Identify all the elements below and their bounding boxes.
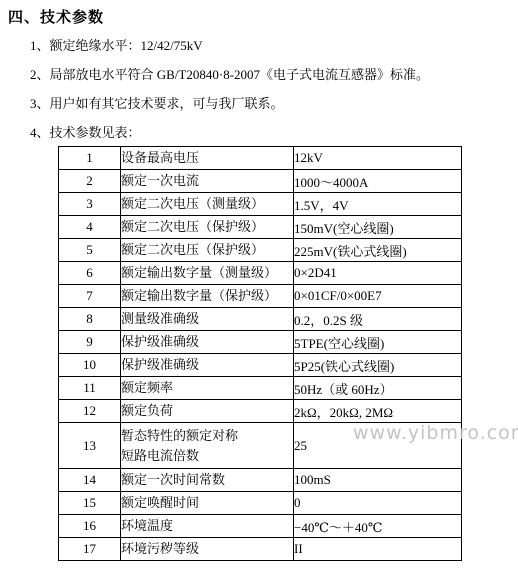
parameter-value-cell: 25 (294, 423, 462, 469)
parameter-value-cell: 5P25(铁心式线圈) (294, 354, 462, 377)
parameter-name-cell: 暂态特性的额定对称 短路电流倍数 (121, 423, 294, 469)
table-row: 6额定输出数字量（测量级）0×2D41 (59, 262, 462, 285)
parameter-name-cell: 额定负荷 (121, 400, 294, 423)
parameter-name-cell: 环境温度 (121, 515, 294, 538)
parameter-value-cell: 0.2，0.2S 级 (294, 308, 462, 331)
parameter-value-cell: 1.5V，4V (294, 193, 462, 216)
table-row: 2额定一次电流1000～4000A (59, 170, 462, 193)
list-item-contact-note: 3、用户如有其它技术要求，可与我厂联系。 (30, 95, 518, 112)
table-row: 4额定二次电压（保护级）150mV(空心线圈) (59, 216, 462, 239)
parameter-value-cell: 150mV(空心线圈) (294, 216, 462, 239)
table-row: 13暂态特性的额定对称 短路电流倍数25 (59, 423, 462, 469)
row-number-cell: 6 (59, 262, 121, 285)
list-item-insulation-level: 1、额定绝缘水平：12/42/75kV (30, 37, 518, 54)
parameters-table: 1设备最高电压12kV2额定一次电流1000～4000A3额定二次电压（测量级）… (58, 146, 462, 561)
parameter-name-cell: 额定一次时间常数 (121, 469, 294, 492)
parameter-name-cell: 设备最高电压 (121, 147, 294, 170)
table-row: 8测量级准确级0.2，0.2S 级 (59, 308, 462, 331)
parameter-name-cell: 额定唤醒时间 (121, 492, 294, 515)
table-row: 11额定频率50Hz（或 60Hz） (59, 377, 462, 400)
row-number-cell: 15 (59, 492, 121, 515)
parameter-name-cell: 额定二次电压（保护级） (121, 216, 294, 239)
row-number-cell: 17 (59, 538, 121, 561)
parameter-name-cell: 测量级准确级 (121, 308, 294, 331)
parameter-name-cell: 额定输出数字量（保护级） (121, 285, 294, 308)
parameter-name-cell: 环境污秽等级 (121, 538, 294, 561)
row-number-cell: 2 (59, 170, 121, 193)
parameter-value-cell: 12kV (294, 147, 462, 170)
row-number-cell: 13 (59, 423, 121, 469)
numbered-list: 1、额定绝缘水平：12/42/75kV 2、局部放电水平符合 GB/T20840… (0, 37, 518, 141)
table-row: 7额定输出数字量（保护级）0×01CF/0×00E7 (59, 285, 462, 308)
parameter-value-cell: 0×2D41 (294, 262, 462, 285)
parameter-name-cell: 保护级准确级 (121, 331, 294, 354)
parameter-name-cell: 保护级准确级 (121, 354, 294, 377)
parameter-name-cell: 额定二次电压（测量级） (121, 193, 294, 216)
table-row: 12额定负荷2kΩ，20kΩ, 2MΩ (59, 400, 462, 423)
row-number-cell: 3 (59, 193, 121, 216)
list-item-table-intro: 4、技术参数见表： (30, 124, 518, 141)
row-number-cell: 11 (59, 377, 121, 400)
parameter-name-cell: 额定输出数字量（测量级） (121, 262, 294, 285)
parameter-value-cell: 2kΩ，20kΩ, 2MΩ (294, 400, 462, 423)
row-number-cell: 10 (59, 354, 121, 377)
table-row: 5额定二次电压（保护级）225mV(铁心式线圈) (59, 239, 462, 262)
table-row: 16环境温度−40℃～＋40℃ (59, 515, 462, 538)
parameter-value-cell: 0×01CF/0×00E7 (294, 285, 462, 308)
table-row: 3额定二次电压（测量级）1.5V，4V (59, 193, 462, 216)
table-row: 17环境污秽等级II (59, 538, 462, 561)
parameter-value-cell: II (294, 538, 462, 561)
table-row: 1设备最高电压12kV (59, 147, 462, 170)
list-item-partial-discharge: 2、局部放电水平符合 GB/T20840·8-2007《电子式电流互感器》标准。 (30, 66, 518, 83)
row-number-cell: 14 (59, 469, 121, 492)
parameter-name-cell: 额定一次电流 (121, 170, 294, 193)
row-number-cell: 4 (59, 216, 121, 239)
parameter-value-cell: 5TPE(空心线圈) (294, 331, 462, 354)
table-row: 9保护级准确级5TPE(空心线圈) (59, 331, 462, 354)
row-number-cell: 16 (59, 515, 121, 538)
parameter-name-cell: 额定频率 (121, 377, 294, 400)
row-number-cell: 1 (59, 147, 121, 170)
table-row: 10保护级准确级5P25(铁心式线圈) (59, 354, 462, 377)
parameter-value-cell: 225mV(铁心式线圈) (294, 239, 462, 262)
parameter-value-cell: 50Hz（或 60Hz） (294, 377, 462, 400)
row-number-cell: 9 (59, 331, 121, 354)
document-page: 四、技术参数 1、额定绝缘水平：12/42/75kV 2、局部放电水平符合 GB… (0, 0, 518, 569)
row-number-cell: 5 (59, 239, 121, 262)
parameter-value-cell: 100mS (294, 469, 462, 492)
table-row: 14额定一次时间常数100mS (59, 469, 462, 492)
table-row: 15额定唤醒时间0 (59, 492, 462, 515)
page-title: 四、技术参数 (8, 6, 518, 27)
row-number-cell: 8 (59, 308, 121, 331)
row-number-cell: 7 (59, 285, 121, 308)
parameter-value-cell: −40℃～＋40℃ (294, 515, 462, 538)
row-number-cell: 12 (59, 400, 121, 423)
parameter-name-cell: 额定二次电压（保护级） (121, 239, 294, 262)
parameter-value-cell: 0 (294, 492, 462, 515)
parameter-value-cell: 1000～4000A (294, 170, 462, 193)
table-container: 1设备最高电压12kV2额定一次电流1000～4000A3额定二次电压（测量级）… (58, 146, 518, 561)
